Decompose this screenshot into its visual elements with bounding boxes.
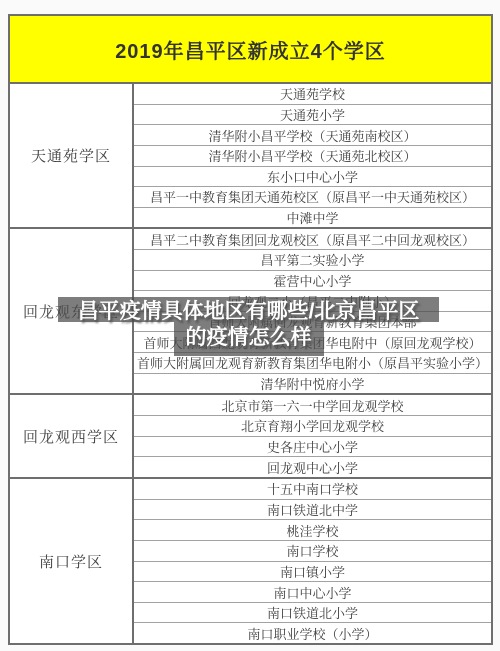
district-name: 回龙观东学区	[10, 229, 134, 393]
school-list: 昌平二中教育集团回龙观校区（原昌平二中回龙观校区）昌平第二实验小学霍营中心小学回…	[134, 229, 491, 393]
school-cell: 昌平一中教育集团天通苑校区（原昌平一中天通苑校区）	[134, 187, 491, 208]
school-cell: 天通苑学校	[134, 84, 491, 105]
district-group: 南口学区十五中南口学校南口铁道北中学桃洼学校南口学校南口镇小学南口中心小学南口铁…	[10, 479, 491, 643]
school-cell: 霍营中心小学	[134, 271, 491, 292]
school-cell: 清华附中悦府小学	[134, 374, 491, 394]
district-name: 南口学区	[10, 479, 134, 643]
school-cell: 天通苑小学	[134, 105, 491, 126]
school-cell: 南口铁道北小学	[134, 603, 491, 624]
school-cell: 史各庄中心小学	[134, 437, 491, 458]
school-cell: 北京育翔小学回龙观学校	[134, 416, 491, 437]
school-cell: 首师大附属回龙观育新教育集团华电附中（原回龙观学校）	[134, 332, 491, 353]
school-list: 北京市第一六一中学回龙观学校北京育翔小学回龙观学校史各庄中心小学回龙观中心小学	[134, 395, 491, 477]
school-cell: 回龙观中心小学	[134, 457, 491, 477]
school-cell: 昌平第二实验小学	[134, 250, 491, 271]
school-cell: 昌平二中教育集团回龙观校区（原昌平二中回龙观校区）	[134, 229, 491, 250]
school-cell: 南口学校	[134, 541, 491, 562]
district-group: 回龙观东学区昌平二中教育集团回龙观校区（原昌平二中回龙观校区）昌平第二实验小学霍…	[10, 229, 491, 395]
school-cell: 清华附小昌平学校（天通苑北校区）	[134, 146, 491, 167]
school-cell: 首师大附属回龙观育新教育集团华电附小（原昌平实验小学）	[134, 353, 491, 374]
district-group: 天通苑学区天通苑学校天通苑小学清华附小昌平学校（天通苑南校区）清华附小昌平学校（…	[10, 84, 491, 229]
school-cell: 桃洼学校	[134, 520, 491, 541]
school-list: 十五中南口学校南口铁道北中学桃洼学校南口学校南口镇小学南口中心小学南口铁道北小学…	[134, 479, 491, 643]
school-cell: 南口铁道北中学	[134, 500, 491, 521]
school-cell: 东小口中心小学	[134, 167, 491, 188]
district-name: 天通苑学区	[10, 84, 134, 227]
school-cell: 十五中南口学校	[134, 479, 491, 500]
school-cell: 中滩中学	[134, 208, 491, 228]
school-district-table: 2019年昌平区新成立4个学区 天通苑学区天通苑学校天通苑小学清华附小昌平学校（…	[8, 14, 493, 645]
school-cell: 清华附小昌平学校（天通苑南校区）	[134, 125, 491, 146]
district-group: 回龙观西学区北京市第一六一中学回龙观学校北京育翔小学回龙观学校史各庄中心小学回龙…	[10, 395, 491, 479]
school-cell: 南口镇小学	[134, 562, 491, 583]
table-title: 2019年昌平区新成立4个学区	[10, 16, 491, 84]
school-cell: 首师大附属回龙观育新教育集团本部	[134, 312, 491, 333]
page-background: { "title": "2019年昌平区新成立4个学区", "overlay":…	[0, 0, 500, 651]
school-cell: 南口职业学校（小学）	[134, 623, 491, 643]
table-body: 天通苑学区天通苑学校天通苑小学清华附小昌平学校（天通苑南校区）清华附小昌平学校（…	[10, 84, 491, 643]
school-cell: 北京市第一六一中学回龙观学校	[134, 395, 491, 416]
school-list: 天通苑学校天通苑小学清华附小昌平学校（天通苑南校区）清华附小昌平学校（天通苑北校…	[134, 84, 491, 227]
school-cell: 回龙观二小（昌平二中附小）	[134, 291, 491, 312]
school-cell: 南口中心小学	[134, 582, 491, 603]
district-name: 回龙观西学区	[10, 395, 134, 477]
